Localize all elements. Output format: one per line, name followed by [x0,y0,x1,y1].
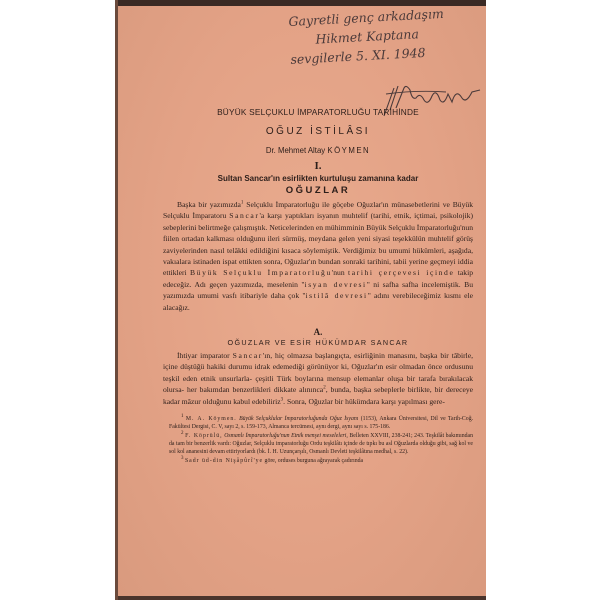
handwritten-dedication: Gayretli genç arkadaşım Hikmet Kaptana s… [288,2,486,69]
chapter-number: I. [163,160,473,172]
author-surname: KÖYMEN [327,146,370,155]
author-line: Dr. Mehmet Altay KÖYMEN [163,146,473,155]
article-content: BÜYÜK SELÇUKLU İMPARATORLUĞU TARİHİNDE O… [163,103,473,465]
footnote: 3 Sadr üd-din Nişâpûrî'ye göre, orduses … [169,457,473,465]
intro-paragraph: Başka bir yazımızda1 Selçuklu İmparatorl… [163,199,473,313]
document-page: Gayretli genç arkadaşım Hikmet Kaptana s… [115,0,486,600]
series-title: BÜYÜK SELÇUKLU İMPARATORLUĞU TARİHİNDE [163,107,473,117]
section-title: OĞUZLAR VE ESİR HÜKÜMDAR SANCAR [163,338,473,347]
section-paragraph: İhtiyar imparator Sancar'ın, hiç olmazsa… [163,350,473,407]
chapter-subtitle: Sultan Sancar'ın esirlikten kurtuluşu za… [163,174,473,183]
footnote: 1 M. A. Köymen. Büyük Selçuklular İmpara… [169,415,473,432]
author-name: Dr. Mehmet Altay [266,146,325,155]
article-title: OĞUZ İSTİLÂSI [163,126,473,137]
section-letter: A. [163,327,473,337]
footnotes: 1 M. A. Köymen. Büyük Selçuklular İmpara… [163,415,473,465]
footnote: 2 F. Köprülü, Osmanlı İmparatorluğu'nun … [169,432,473,457]
chapter-heading: OĞUZLAR [163,185,473,196]
